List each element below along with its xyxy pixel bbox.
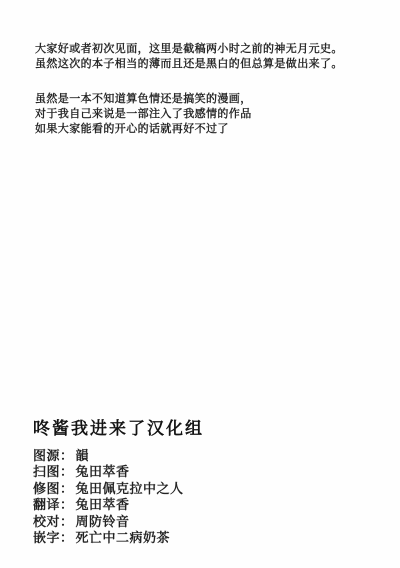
credit-row-translation: 翻译：兔田萃香 [33, 497, 363, 513]
afterword-line: 大家好或者初次见面，这里是截稿两小时之前的神无月元史。 [35, 42, 385, 57]
afterword-page: 大家好或者初次见面，这里是截稿两小时之前的神无月元史。 虽然这次的本子相当的薄而… [0, 0, 400, 568]
credit-row-typesetting: 嵌字：死亡中二病奶茶 [33, 530, 363, 546]
afterword-paragraph-2: 虽然是一本不知道算色情还是搞笑的漫画， 对于我自己来说是一部注入了我感情的作品 … [35, 92, 385, 137]
credit-row-proofreading: 校对：周防铃音 [33, 514, 363, 530]
credit-role: 扫图 [33, 464, 60, 479]
afterword-line: 虽然这次的本子相当的薄而且还是黑白的但总算是做出来了。 [35, 57, 385, 72]
credit-name: 死亡中二病奶茶 [76, 530, 171, 545]
credit-row-scan: 扫图：兔田萃香 [33, 464, 363, 480]
scanlation-group-name: 咚酱我进来了汉化组 [33, 414, 363, 439]
credit-name: 兔田萃香 [76, 464, 130, 479]
credit-colon: ： [60, 448, 74, 463]
credit-colon: ： [60, 530, 74, 545]
credit-row-cleaning: 修图：兔田佩克拉中之人 [33, 481, 363, 497]
credit-colon: ： [60, 497, 74, 512]
credits-block: 咚酱我进来了汉化组 图源：韻 扫图：兔田萃香 修图：兔田佩克拉中之人 翻译：兔田… [33, 414, 363, 546]
afterword-line: 对于我自己来说是一部注入了我感情的作品 [35, 107, 385, 122]
credit-role: 嵌字 [33, 530, 60, 545]
credit-name: 韻 [76, 448, 90, 463]
credit-role: 翻译 [33, 497, 60, 512]
credit-role: 校对 [33, 514, 60, 529]
credit-role: 修图 [33, 481, 60, 496]
credit-name: 兔田萃香 [76, 497, 130, 512]
afterword-paragraph-1: 大家好或者初次见面，这里是截稿两小时之前的神无月元史。 虽然这次的本子相当的薄而… [35, 42, 385, 72]
credit-colon: ： [60, 464, 74, 479]
credit-row-source: 图源：韻 [33, 448, 363, 464]
credit-name: 周防铃音 [76, 514, 130, 529]
credit-role: 图源 [33, 448, 60, 463]
afterword-line: 虽然是一本不知道算色情还是搞笑的漫画， [35, 92, 385, 107]
credit-colon: ： [60, 481, 74, 496]
afterword-line: 如果大家能看的开心的话就再好不过了 [35, 122, 385, 137]
credit-name: 兔田佩克拉中之人 [76, 481, 184, 496]
credit-colon: ： [60, 514, 74, 529]
